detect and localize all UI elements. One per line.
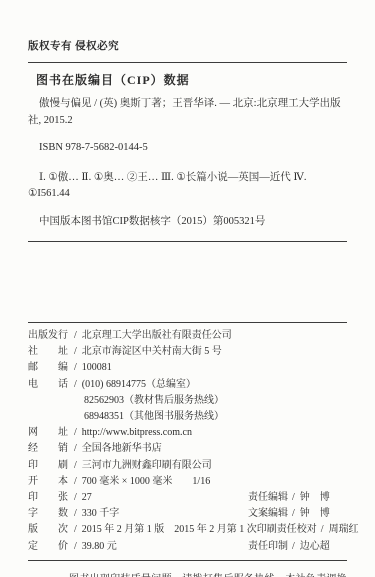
- row-label: 社 址: [28, 344, 70, 360]
- row-value: 68948351（其他图书服务热线）: [84, 409, 347, 425]
- row-separator: /: [74, 522, 77, 538]
- colophon-row-format: 开 本 / 700 毫米 × 1000 毫米 1/16: [28, 474, 347, 490]
- colophon-row-edition: 版 次 / 2015 年 2 月第 1 版 2015 年 2 月第 1 次印刷 …: [28, 522, 347, 538]
- row-label: 开 本: [28, 474, 70, 490]
- row-value: 全国各地新华书店: [82, 441, 347, 457]
- isbn-line: ISBN 978-7-5682-0144-5: [28, 140, 347, 157]
- staff-label: 文案编辑: [248, 506, 288, 522]
- row-value: 330 千字: [82, 506, 248, 522]
- row-separator: /: [74, 360, 77, 376]
- row-value: 27: [82, 490, 248, 506]
- row-label: 印 张: [28, 490, 70, 506]
- row-separator: /: [292, 539, 295, 555]
- row-separator: /: [74, 539, 77, 555]
- row-separator: /: [74, 425, 77, 441]
- row-separator: /: [74, 441, 77, 457]
- row-separator: /: [74, 344, 77, 360]
- website-url: http://www.bitpress.com.cn: [82, 425, 347, 441]
- colophon-row-sheets: 印 张 / 27 责任编辑 / 钟 博: [28, 490, 347, 506]
- staff-name: 边心超: [300, 539, 330, 555]
- colophon-row-address: 社 址 / 北京市海淀区中关村南大街 5 号: [28, 344, 347, 360]
- copyright-page: 版权专有 侵权必究 图书在版编目（CIP）数据 傲慢与偏见 / (英) 奥斯丁著…: [0, 0, 375, 577]
- row-value: 39.80 元: [82, 539, 248, 555]
- row-label: 字 数: [28, 506, 70, 522]
- colophon-section: 出版发行 / 北京理工大学出版社有限责任公司 社 址 / 北京市海淀区中关村南大…: [28, 328, 347, 555]
- row-value: 100081: [82, 360, 347, 376]
- row-label: 网 址: [28, 425, 70, 441]
- row-separator: /: [74, 474, 77, 490]
- cip-section: 图书在版编目（CIP）数据 傲慢与偏见 / (英) 奥斯丁著；王晋华译. — 北…: [28, 71, 347, 230]
- staff-name: 钟 博: [300, 506, 330, 522]
- cip-classification: Ⅰ. ①傲… Ⅱ. ①奥… ②王… Ⅲ. ①长篇小说—英国—近代 Ⅳ. ①I56…: [28, 170, 347, 203]
- colophon-row-printer: 印 刷 / 三河市九洲财鑫印刷有限公司: [28, 458, 347, 474]
- row-label: 印 刷: [28, 458, 70, 474]
- staff-print-supervisor: 责任印制 / 边心超: [248, 539, 347, 555]
- row-label: 版 次: [28, 522, 70, 538]
- divider-footer: [28, 560, 347, 561]
- row-label: 经 销: [28, 441, 70, 457]
- colophon-row-price: 定 价 / 39.80 元 责任印制 / 边心超: [28, 539, 347, 555]
- copyright-notice: 版权专有 侵权必究: [28, 38, 347, 53]
- row-separator: /: [74, 458, 77, 474]
- row-value: 三河市九洲财鑫印刷有限公司: [82, 458, 347, 474]
- colophon-row-postcode: 邮 编 / 100081: [28, 360, 347, 376]
- row-separator: /: [74, 377, 77, 393]
- row-value: 2015 年 2 月第 1 版 2015 年 2 月第 1 次印刷: [82, 522, 277, 538]
- staff-proofreader: 责任校对 / 周瑞红: [277, 522, 375, 538]
- staff-label: 责任印制: [248, 539, 288, 555]
- row-value: 北京理工大学出版社有限责任公司: [82, 328, 347, 344]
- staff-responsible-editor: 责任编辑 / 钟 博: [248, 490, 347, 506]
- quality-notice: 图书出现印装质量问题，请拨打售后服务热线，本社负责调换: [28, 570, 347, 577]
- row-value: 82562903（教材售后服务热线）: [84, 393, 347, 409]
- staff-name: 钟 博: [300, 490, 330, 506]
- colophon-row-phone-textbook-hotline: 82562903（教材售后服务热线）: [28, 393, 347, 409]
- colophon-row-wordcount: 字 数 / 330 千字 文案编辑 / 钟 博: [28, 506, 347, 522]
- row-value: 北京市海淀区中关村南大街 5 号: [82, 344, 347, 360]
- colophon-row-publisher: 出版发行 / 北京理工大学出版社有限责任公司: [28, 328, 347, 344]
- row-separator: /: [74, 328, 77, 344]
- row-label: 邮 编: [28, 360, 70, 376]
- colophon-row-distribution: 经 销 / 全国各地新华书店: [28, 441, 347, 457]
- staff-label: 责任编辑: [248, 490, 288, 506]
- cip-heading: 图书在版编目（CIP）数据: [36, 71, 347, 88]
- divider-colophon-top: [28, 322, 347, 323]
- colophon-row-phone: 电 话 / (010) 68914775（总编室）: [28, 377, 347, 393]
- divider-top: [28, 62, 347, 63]
- cip-record: 傲慢与偏见 / (英) 奥斯丁著；王晋华译. — 北京:北京理工大学出版社, 2…: [28, 96, 347, 129]
- cip-registry-number: 中国版本图书馆CIP数据核字（2015）第005321号: [28, 214, 347, 231]
- row-separator: /: [292, 506, 295, 522]
- row-label: 定 价: [28, 539, 70, 555]
- row-separator: /: [74, 506, 77, 522]
- row-separator: /: [292, 490, 295, 506]
- row-value: (010) 68914775（总编室）: [82, 377, 347, 393]
- staff-copy-editor: 文案编辑 / 钟 博: [248, 506, 347, 522]
- row-label: 电 话: [28, 377, 70, 393]
- staff-name: 周瑞红: [329, 522, 359, 538]
- row-separator: /: [321, 522, 324, 538]
- colophon-row-phone-other-hotline: 68948351（其他图书服务热线）: [28, 409, 347, 425]
- colophon-row-website: 网 址 / http://www.bitpress.com.cn: [28, 425, 347, 441]
- blank-space: [28, 242, 347, 322]
- row-label: 出版发行: [28, 328, 70, 344]
- row-value: 700 毫米 × 1000 毫米 1/16: [82, 474, 347, 490]
- row-separator: /: [74, 490, 77, 506]
- staff-label: 责任校对: [277, 522, 317, 538]
